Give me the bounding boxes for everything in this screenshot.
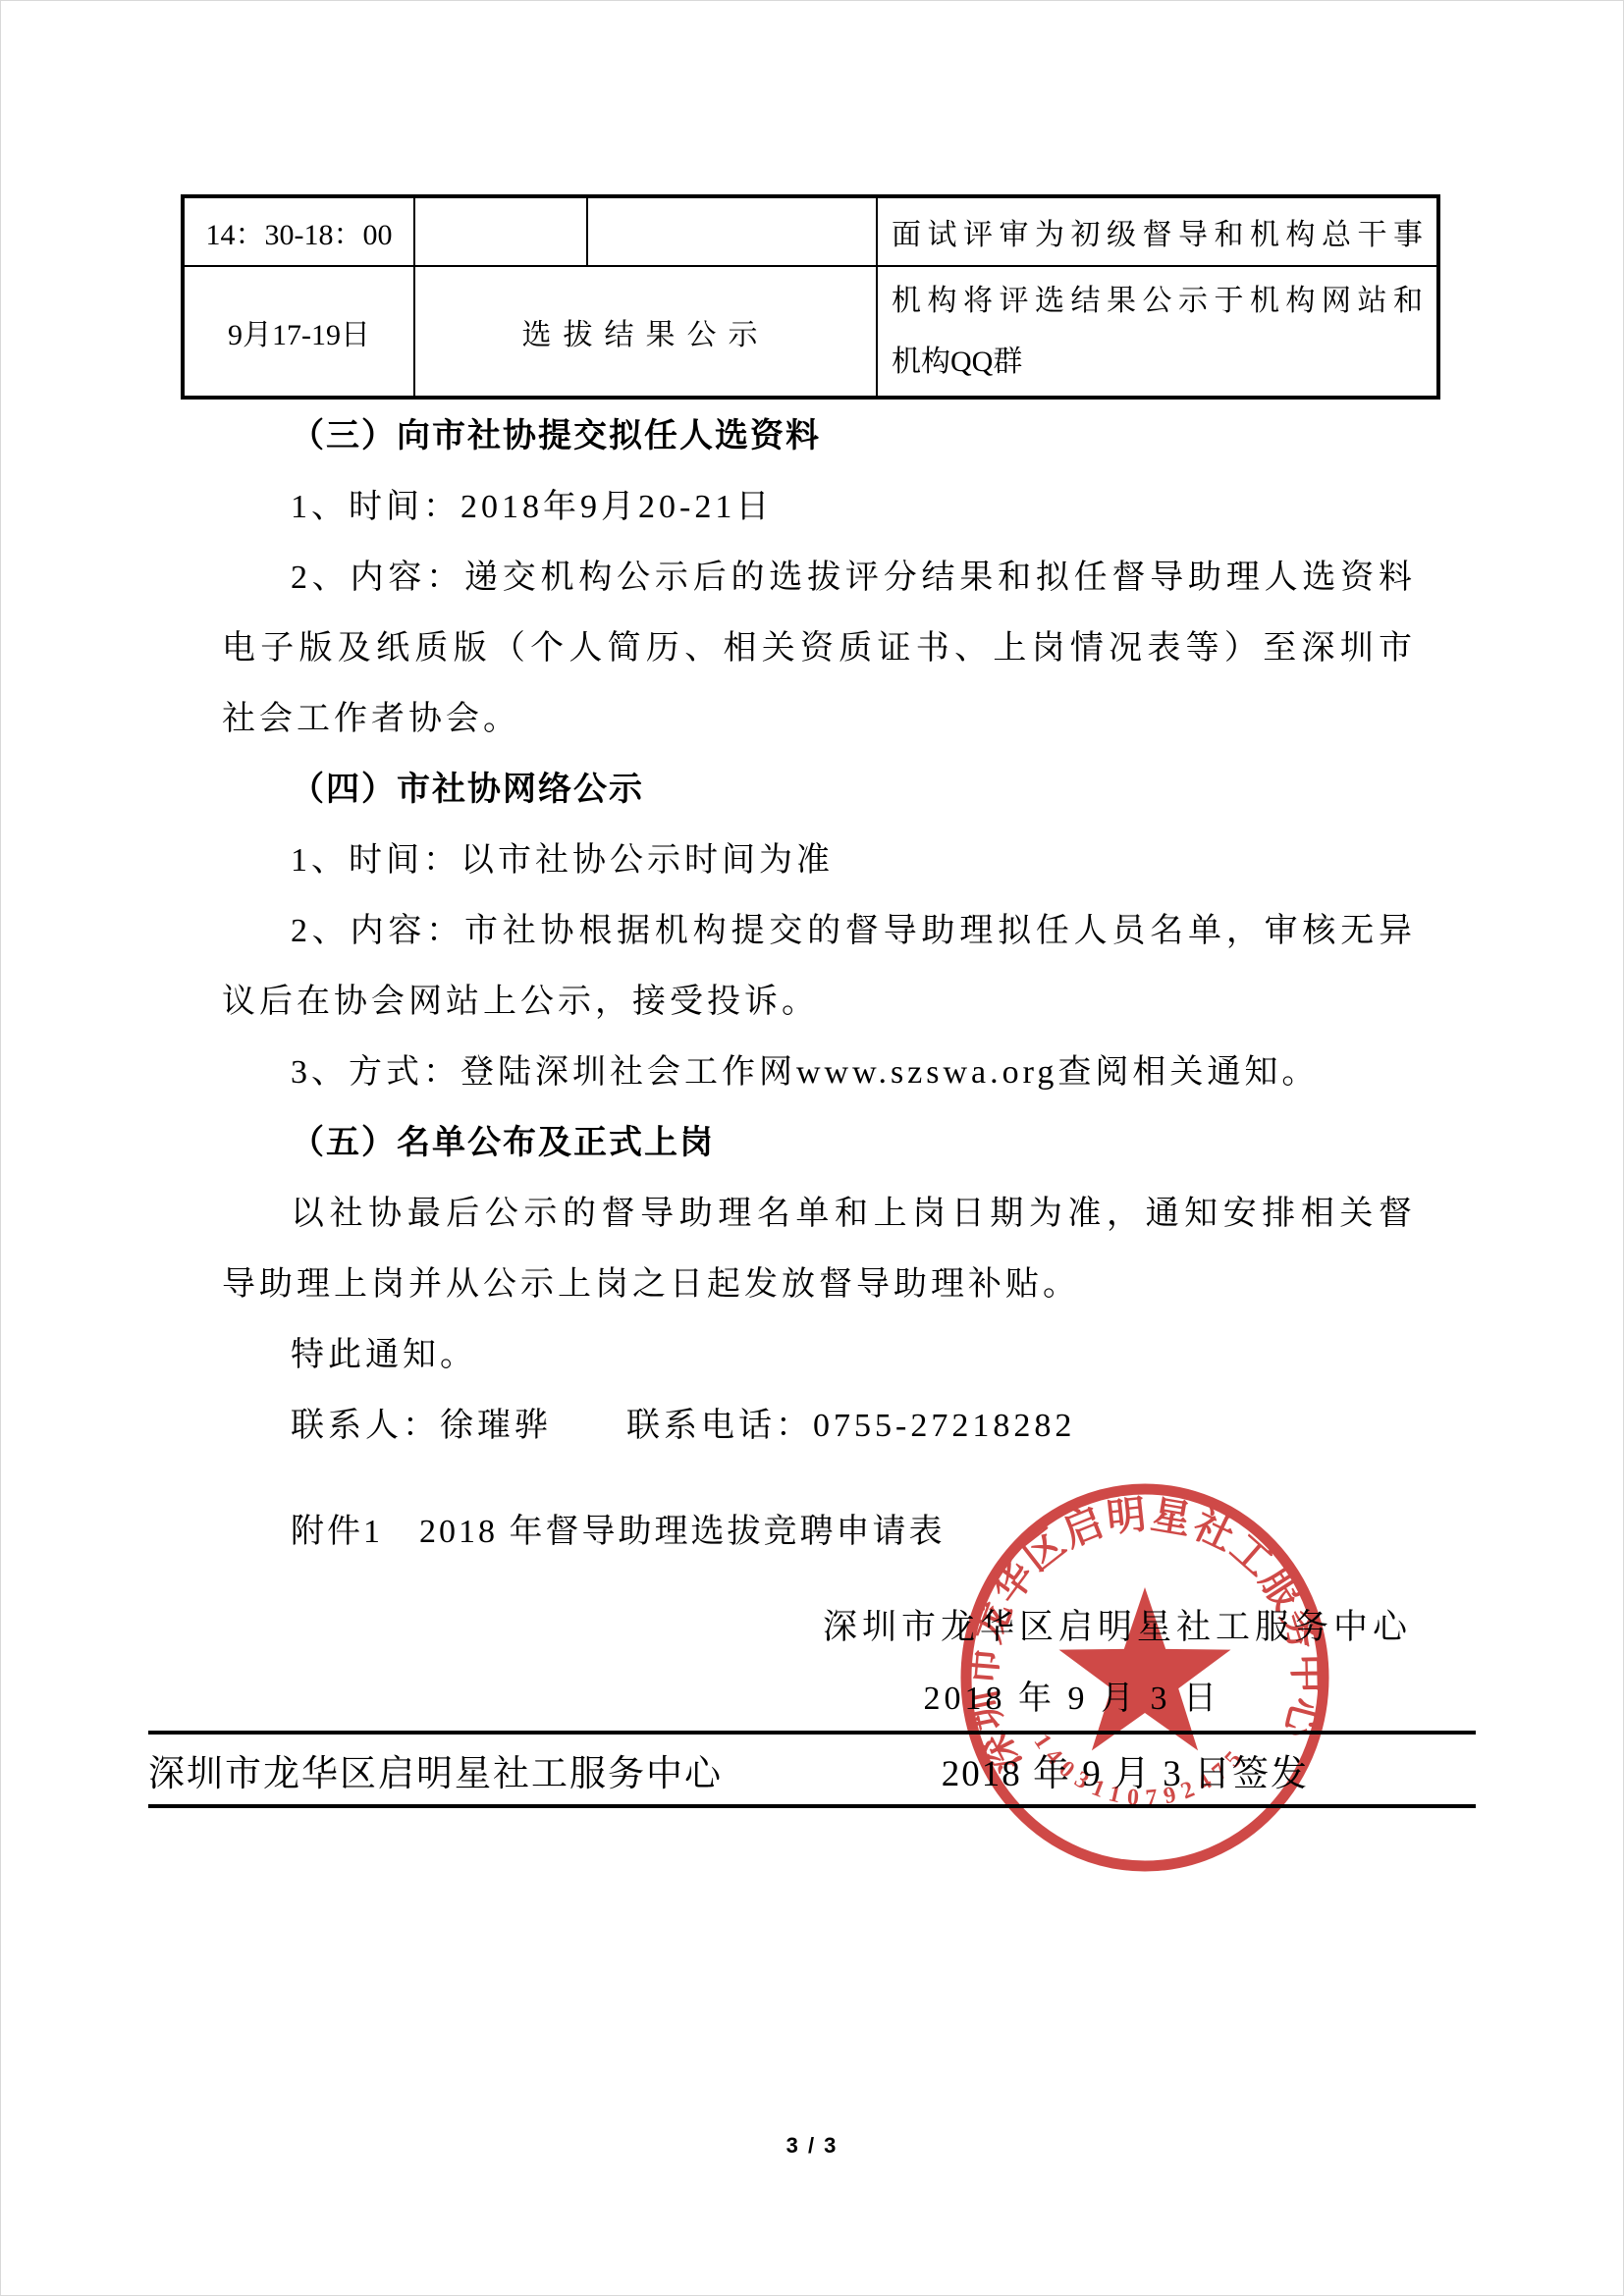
body-text: （三）向市社协提交拟任人选资料 1、时间：2018年9月20-21日 2、内容：…: [222, 401, 1412, 1462]
body-line: 导助理上岗并从公示上岗之日起发放督导助理补贴。: [222, 1250, 1412, 1320]
cell-note: 面试评审为初级督导和机构总干事: [877, 196, 1438, 266]
cell-empty: [414, 196, 587, 266]
table-row: 14：30-18：00 面试评审为初级督导和机构总干事: [183, 196, 1438, 266]
attachment-line: 附件1 2018 年督导助理选拔竞聘申请表: [222, 1497, 1412, 1568]
signature-date: 2018 年 9 月 3 日: [222, 1664, 1412, 1735]
section-heading-4: （四）市社协网络公示: [222, 755, 1412, 826]
section-heading-5: （五）名单公布及正式上岗: [222, 1108, 1412, 1179]
note-text-line1: 机构将评选结果公示于机构网站和: [878, 271, 1436, 332]
footer-row: 深圳市龙华区启明星社工服务中心 2018 年 9 月 3 日签发: [148, 1735, 1476, 1804]
schedule-table: 14：30-18：00 面试评审为初级督导和机构总干事 9月17-19日 选拔结…: [181, 194, 1440, 400]
cell-empty: [587, 196, 877, 266]
footer-issue: 2018 年 9 月 3 日签发: [942, 1743, 1476, 1796]
body-line: 2、内容：市社协根据机构提交的督导助理拟任人员名单，审核无异: [222, 896, 1412, 967]
cell-note: 机构将评选结果公示于机构网站和 机构QQ群: [877, 266, 1438, 398]
body-line: 电子版及纸质版（个人简历、相关资质证书、上岗情况表等）至深圳市: [222, 614, 1412, 684]
cell-time: 14：30-18：00: [183, 196, 414, 266]
cell-activity: 选拔结果公示: [414, 266, 877, 398]
body-line: 以社协最后公示的督导助理名单和上岗日期为准，通知安排相关督: [222, 1179, 1412, 1250]
activity-text: 选拔结果公示: [522, 319, 770, 351]
page-number: 3 / 3: [1, 2133, 1623, 2159]
cell-date: 9月17-19日: [183, 266, 414, 398]
footer-org: 深圳市龙华区启明星社工服务中心: [148, 1743, 723, 1796]
body-line: 议后在协会网站上公示，接受投诉。: [222, 967, 1412, 1038]
body-line: 1、时间：以市社协公示时间为准: [222, 826, 1412, 896]
contact-line: 联系人：徐璀骅 联系电话：0755-27218282: [222, 1391, 1412, 1462]
body-line: 1、时间：2018年9月20-21日: [222, 472, 1412, 543]
body-line: 2、内容：递交机构公示后的选拔评分结果和拟任督导助理人选资料: [222, 543, 1412, 614]
signature-org: 深圳市龙华区启明星社工服务中心: [222, 1592, 1412, 1663]
document-page: 14：30-18：00 面试评审为初级督导和机构总干事 9月17-19日 选拔结…: [0, 0, 1624, 2296]
notice-close-line: 特此通知。: [222, 1320, 1412, 1391]
footer-rule-bottom: [148, 1804, 1476, 1808]
body-line-website: 3、方式：登陆深圳社会工作网www.szswa.org查阅相关通知。: [222, 1038, 1412, 1108]
date-range: 9月17-19日: [228, 319, 370, 351]
section-heading-3: （三）向市社协提交拟任人选资料: [222, 401, 1412, 472]
note-text-line2: 机构QQ群: [878, 332, 1436, 393]
note-text: 面试评审为初级督导和机构总干事: [878, 210, 1436, 253]
body-line: 社会工作者协会。: [222, 684, 1412, 755]
table-row: 9月17-19日 选拔结果公示 机构将评选结果公示于机构网站和 机构QQ群: [183, 266, 1438, 398]
time-range: 14：30-18：00: [206, 219, 393, 251]
